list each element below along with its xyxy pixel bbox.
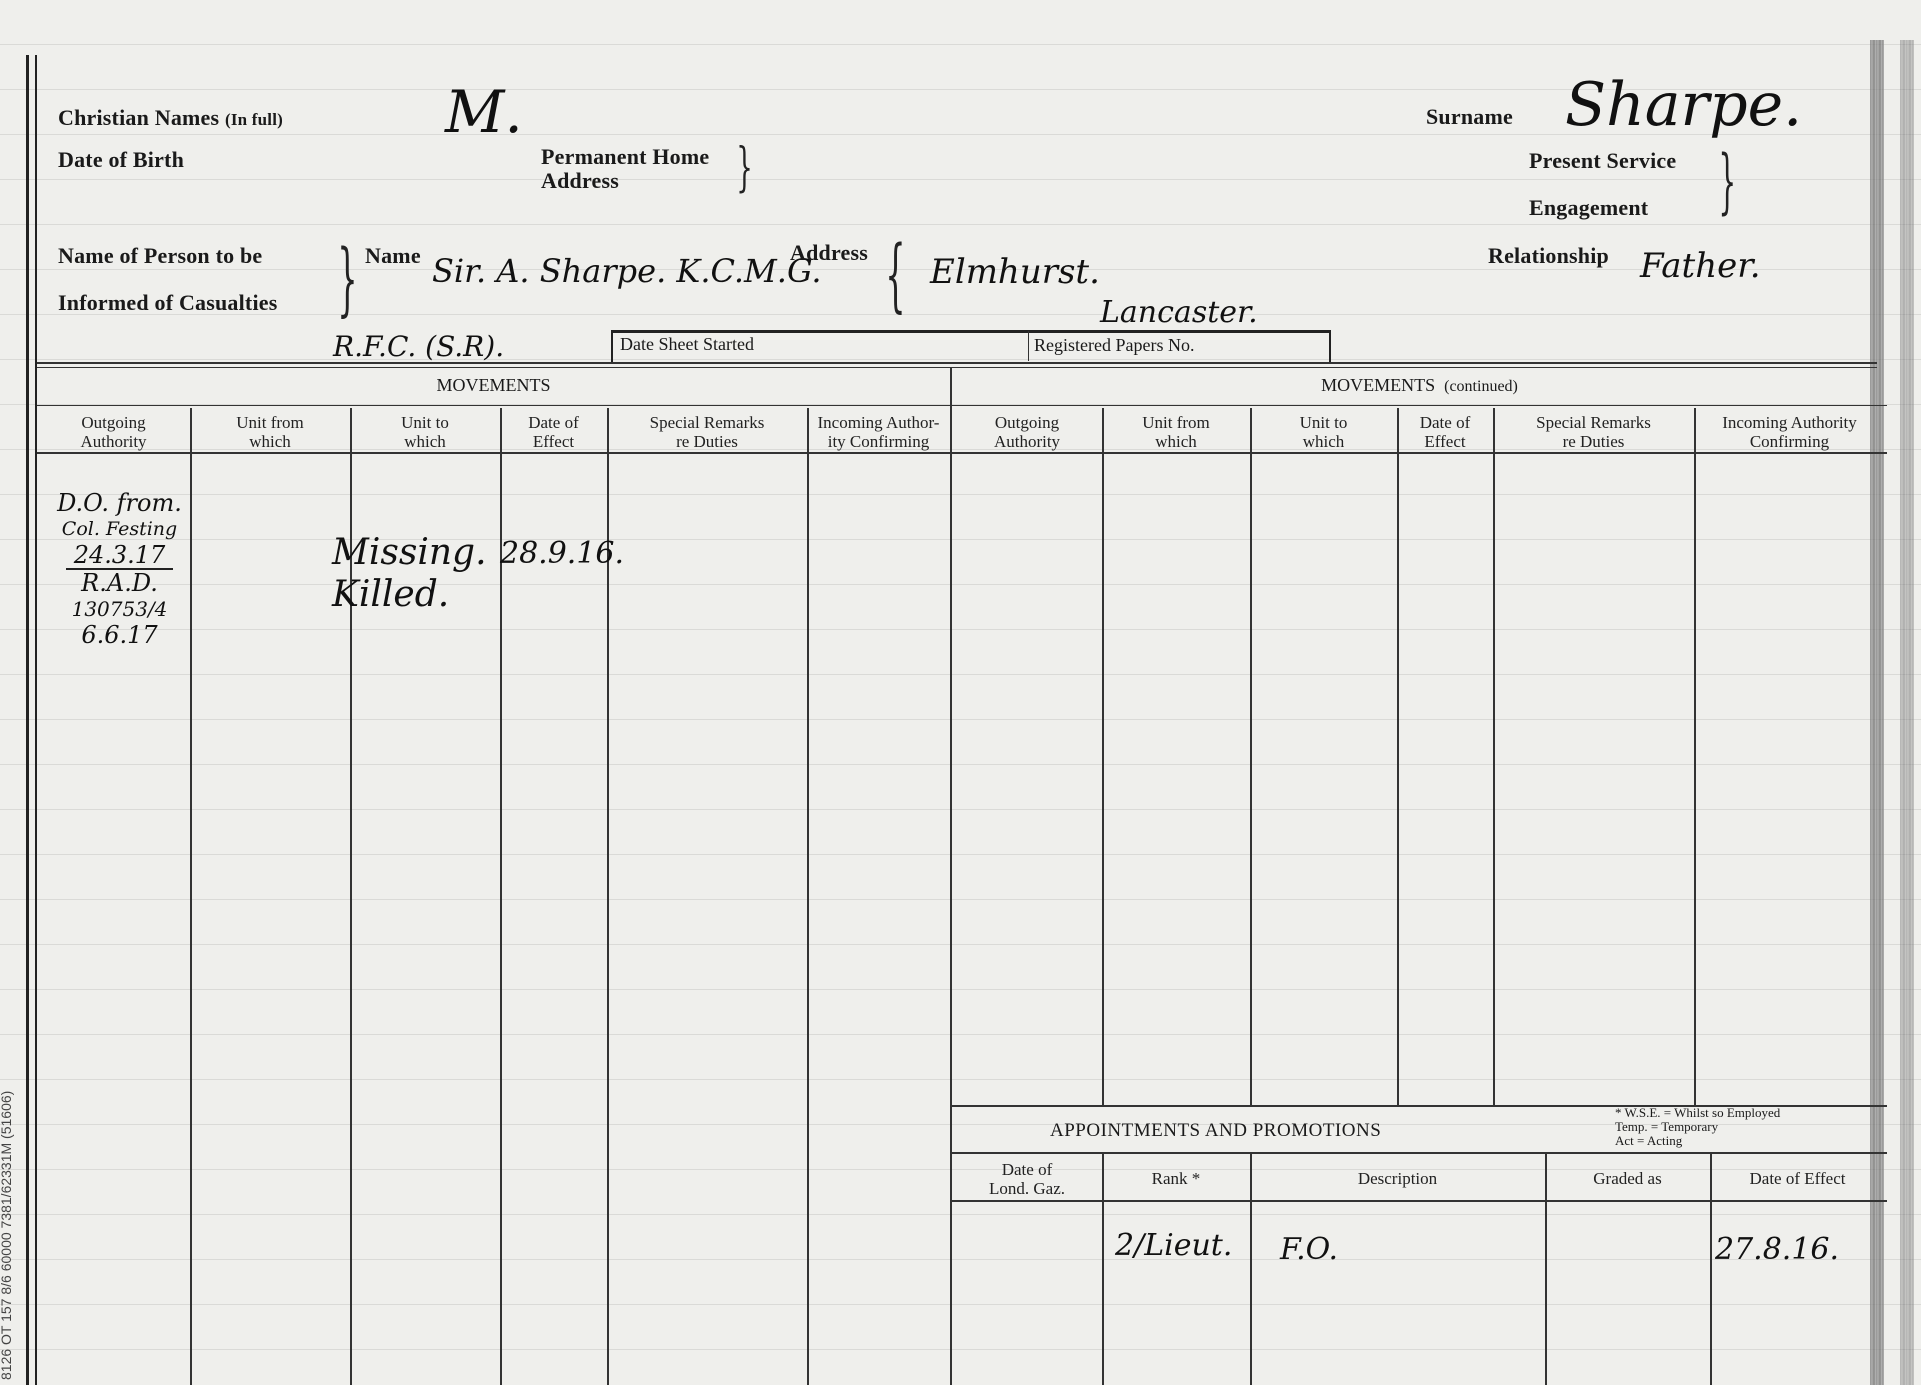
movements-column-divider: [190, 408, 192, 1385]
person-informed-label-2: Informed of Casualties: [58, 290, 278, 316]
appointments-column-header: Rank *: [1102, 1169, 1250, 1188]
movements-column-header: Special Remarksre Duties: [607, 413, 807, 451]
movements-continued-column-divider: [1102, 408, 1104, 1105]
appointment-date-entry: 27.8.16.: [1715, 1232, 1839, 1267]
present-service-label: Present Service: [1529, 148, 1676, 174]
appointments-column-header: Description: [1250, 1169, 1545, 1188]
description-entry: F.O.: [1280, 1232, 1338, 1267]
movements-continued-column-divider: [1694, 408, 1696, 1105]
brace-icon: {: [885, 228, 905, 321]
surname-value: Sharpe.: [1565, 70, 1802, 140]
appointments-column-header: Date of Effect: [1710, 1169, 1885, 1188]
relationship-value: Father.: [1640, 246, 1761, 286]
appointments-column-header: Graded as: [1545, 1169, 1710, 1188]
outgoing-authority-entry: D.O. from. Col. Festing 24.3.17 R.A.D. 1…: [52, 490, 187, 648]
date-sheet-started-label: Date Sheet Started: [620, 334, 754, 355]
movements-continued-column-header: OutgoingAuthority: [952, 413, 1102, 451]
engagement-label: Engagement: [1529, 195, 1648, 221]
movements-title: MOVEMENTS: [37, 375, 950, 396]
appointments-column-header: Date ofLond. Gaz.: [952, 1160, 1102, 1198]
header-rule-2: [37, 367, 1877, 368]
brace-icon: }: [736, 138, 753, 198]
date-of-effect-entry: 28.9.16.: [500, 536, 624, 571]
movements-continued-title-rule: [952, 405, 1887, 406]
movements-column-header: Unit towhich: [350, 413, 500, 451]
movements-continued-column-header: Date ofEffect: [1397, 413, 1493, 451]
movements-continued-column-divider: [1493, 408, 1495, 1105]
service-record-sheet: 8126 OT 157 8/6 60000 7381/62331M (51606…: [0, 0, 1921, 1385]
box-divider: [1028, 331, 1029, 361]
movements-column-header: Date ofEffect: [500, 413, 607, 451]
rank-entry: 2/Lieut.: [1115, 1228, 1232, 1263]
unit-to-which-entry: Missing. Killed.: [332, 532, 487, 616]
movements-continued-column-divider: [1250, 408, 1252, 1105]
movements-column-header: OutgoingAuthority: [37, 413, 190, 451]
movements-column-header: Unit fromwhich: [190, 413, 350, 451]
brace-icon: }: [1718, 140, 1736, 222]
rank-legend: * W.S.E. = Whilst so Employed Temp. = Te…: [1615, 1106, 1780, 1148]
brace-icon: }: [337, 232, 357, 325]
movements-column-header: Incoming Author-ity Confirming: [807, 413, 950, 451]
printer-imprint: 8126 OT 157 8/6 60000 7381/62331M (51606…: [0, 860, 22, 1380]
movements-header-rule: [37, 452, 950, 454]
permanent-home-label: Permanent Home Address: [541, 145, 709, 193]
address-line-2: Lancaster.: [1100, 295, 1258, 330]
movements-continued-column-header: Incoming AuthorityConfirming: [1694, 413, 1885, 451]
left-border-inner: [35, 55, 37, 1385]
binding-edge-2: [1900, 40, 1914, 1385]
movements-continued-header-rule: [952, 452, 1887, 454]
name-value: Sir. A. Sharpe. K.C.M.G.: [432, 252, 822, 290]
unit-note: R.F.C. (S.R).: [333, 330, 504, 363]
address-label: Address: [790, 240, 868, 266]
center-divider: [950, 368, 952, 1385]
appointments-header-rule: [952, 1200, 1887, 1202]
name-label: Name: [365, 243, 421, 269]
surname-label: Surname: [1426, 104, 1513, 130]
address-line-1: Elmhurst.: [930, 252, 1100, 292]
christian-names-label: Christian Names (In full): [58, 105, 283, 131]
appointments-title: APPOINTMENTS AND PROMOTIONS: [1050, 1120, 1381, 1142]
person-informed-label-1: Name of Person to be: [58, 243, 262, 269]
left-border: [26, 55, 29, 1385]
relationship-label: Relationship: [1488, 243, 1609, 269]
movements-continued-title: MOVEMENTS (continued): [952, 375, 1887, 396]
registered-papers-label: Registered Papers No.: [1034, 335, 1194, 356]
movements-column-divider: [807, 408, 809, 1385]
christian-names-value: M.: [445, 78, 523, 146]
movements-continued-column-header: Special Remarksre Duties: [1493, 413, 1694, 451]
header-rule: [37, 362, 1877, 364]
movements-continued-column-header: Unit towhich: [1250, 413, 1397, 451]
movements-title-rule: [37, 405, 950, 406]
date-of-birth-label: Date of Birth: [58, 147, 184, 173]
movements-continued-column-header: Unit fromwhich: [1102, 413, 1250, 451]
movements-continued-column-divider: [1397, 408, 1399, 1105]
appointments-header-rule-top: [952, 1152, 1887, 1154]
